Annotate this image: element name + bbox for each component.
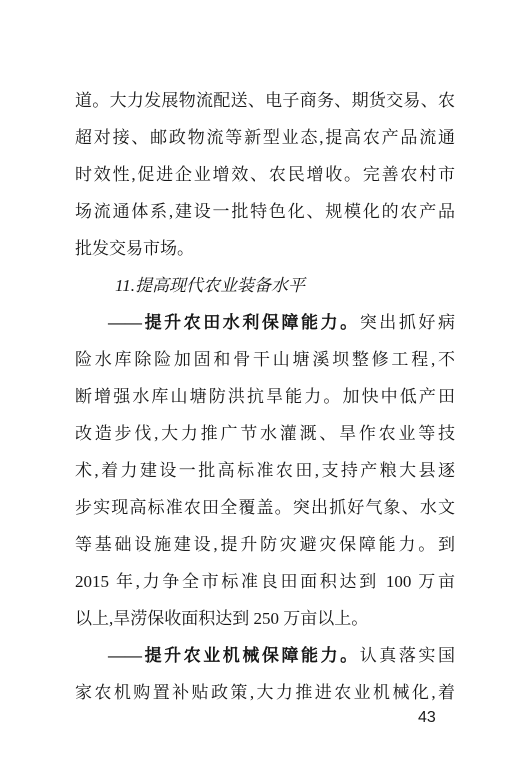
lead-in-rest-text: 认真落实国 (360, 646, 455, 665)
text-line: 等基础设施建设,提升防灾避灾保障能力。到 (75, 526, 455, 563)
text-line: 道。大力发展物流配送、电子商务、期货交易、农 (75, 82, 455, 119)
text-line: 步实现高标准农田全覆盖。突出抓好气象、水文 (75, 489, 455, 526)
lead-in-line: ——提升农业机械保障能力。认真落实国 (75, 637, 455, 674)
lead-in-rest-text: 突出抓好病 (360, 313, 455, 332)
lead-in-line: ——提升农田水利保障能力。突出抓好病 (75, 304, 455, 341)
text-line: 2015 年,力争全市标准良田面积达到 100 万亩 (75, 563, 455, 600)
lead-in-bold-text: ——提升农田水利保障能力。 (108, 313, 360, 332)
text-line: 险水库除险加固和骨干山塘溪坝整修工程,不 (75, 341, 455, 378)
section-heading: 11.提高现代农业装备水平 (75, 267, 455, 304)
text-line: 场流通体系,建设一批特色化、规模化的农产品 (75, 193, 455, 230)
text-line: 时效性,促进企业增效、农民增收。完善农村市 (75, 156, 455, 193)
paragraph-end-line: 以上,旱涝保收面积达到 250 万亩以上。 (75, 600, 455, 637)
lead-in-bold-text: ——提升农业机械保障能力。 (108, 646, 360, 665)
paragraph-end-line: 批发交易市场。 (75, 230, 455, 267)
page-number: 43 (418, 706, 436, 730)
text-line: 改造步伐,大力推广节水灌溉、旱作农业等技 (75, 415, 455, 452)
text-line: 家农机购置补贴政策,大力推进农业机械化,着 (75, 674, 455, 711)
document-page: 道。大力发展物流配送、电子商务、期货交易、农 超对接、邮政物流等新型业态,提高农… (0, 0, 529, 774)
text-line: 术,着力建设一批高标准农田,支持产粮大县逐 (75, 452, 455, 489)
text-line: 超对接、邮政物流等新型业态,提高农产品流通 (75, 119, 455, 156)
text-line: 断增强水库山塘防洪抗旱能力。加快中低产田 (75, 378, 455, 415)
text-block: 道。大力发展物流配送、电子商务、期货交易、农 超对接、邮政物流等新型业态,提高农… (75, 82, 455, 711)
